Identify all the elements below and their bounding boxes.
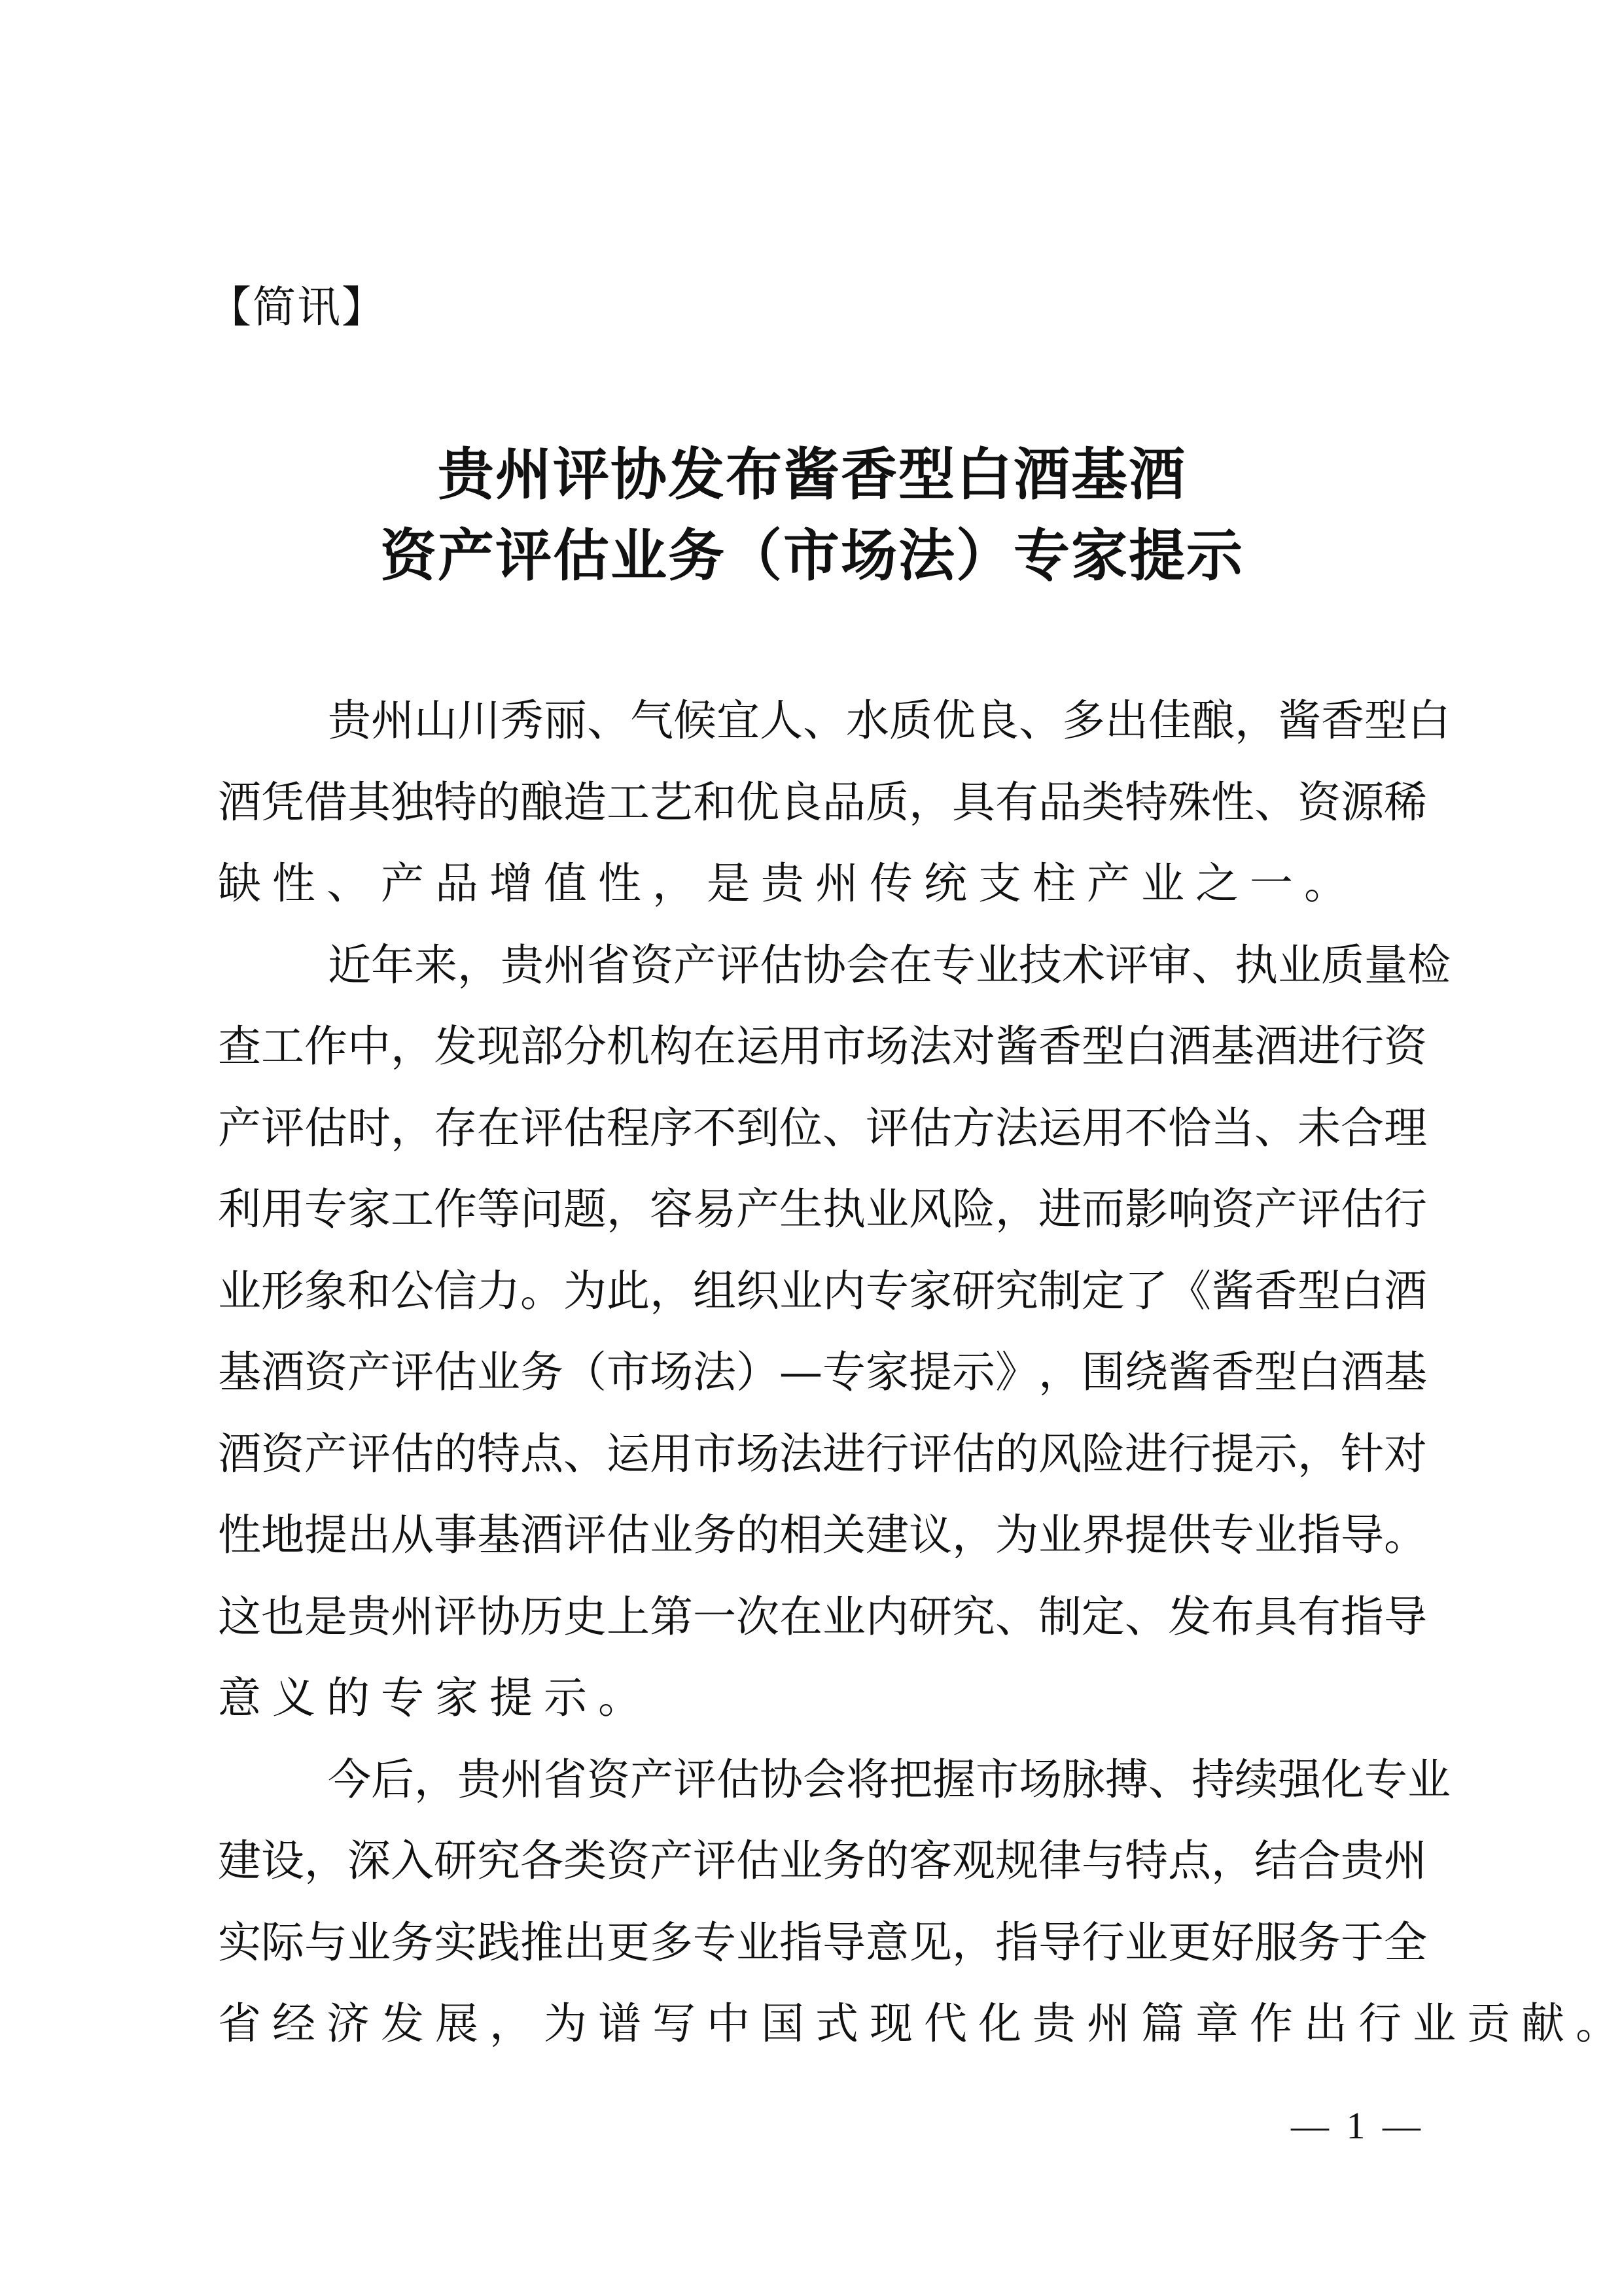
text-line: 缺性、产品增值性，是贵州传统支柱产业之一。 <box>218 843 1427 925</box>
text-line: 今后，贵州省资产评估协会将把握市场脉搏、持续强化专业 <box>218 1739 1427 1821</box>
text-line: 近年来，贵州省资产评估协会在专业技术评审、执业质量检 <box>218 925 1427 1007</box>
text-line: 这也是贵州评协历史上第一次在业内研究、制定、发布具有指导 <box>218 1576 1427 1658</box>
text-line: 利用专家工作等问题，容易产生执业风险，进而影响资产评估行 <box>218 1169 1427 1251</box>
text-line: 酒资产评估的特点、运用市场法进行评估的风险进行提示，针对 <box>218 1414 1427 1495</box>
text-line: 意义的专家提示。 <box>218 1658 1427 1739</box>
text-line: 性地提出从事基酒评估业务的相关建议，为业界提供专业指导。 <box>218 1495 1427 1576</box>
body-text: 贵州山川秀丽、气候宜人、水质优良、多出佳酿，酱香型白 酒凭借其独特的酿造工艺和优… <box>218 680 1427 2065</box>
text-line: 建设，深入研究各类资产评估业务的客观规律与特点，结合贵州 <box>218 1820 1427 1902</box>
text-line: 酒凭借其独特的酿造工艺和优良品质，具有品类特殊性、资源稀 <box>218 762 1427 844</box>
text-line: 贵州山川秀丽、气候宜人、水质优良、多出佳酿，酱香型白 <box>218 680 1427 762</box>
text-line: 省经济发展，为谱写中国式现代化贵州篇章作出行业贡献。 <box>218 1983 1427 2065</box>
text-line: 业形象和公信力。为此，组织业内专家研究制定了《酱香型白酒 <box>218 1251 1427 1332</box>
text-line: 产评估时，存在评估程序不到位、评估方法运用不恰当、未合理 <box>218 1088 1427 1170</box>
document-page: 【简讯】 贵州评协发布酱香型白酒基酒 资产评估业务（市场法）专家提示 贵州山川秀… <box>0 0 1624 2296</box>
paragraph-3: 今后，贵州省资产评估协会将把握市场脉搏、持续强化专业 建设，深入研究各类资产评估… <box>218 1739 1427 2065</box>
paragraph-2: 近年来，贵州省资产评估协会在专业技术评审、执业质量检 查工作中，发现部分机构在运… <box>218 925 1427 1739</box>
title-line-1: 贵州评协发布酱香型白酒基酒 <box>0 436 1624 514</box>
section-tag: 【简讯】 <box>208 275 386 340</box>
paragraph-1: 贵州山川秀丽、气候宜人、水质优良、多出佳酿，酱香型白 酒凭借其独特的酿造工艺和优… <box>218 680 1427 925</box>
title-line-2: 资产评估业务（市场法）专家提示 <box>0 517 1624 595</box>
text-line: 查工作中，发现部分机构在运用市场法对酱香型白酒基酒进行资 <box>218 1006 1427 1088</box>
text-line: 基酒资产评估业务（市场法）—专家提示》，围绕酱香型白酒基 <box>218 1332 1427 1414</box>
text-line: 实际与业务实践推出更多专业指导意见，指导行业更好服务于全 <box>218 1902 1427 1984</box>
page-number: — 1 — <box>1282 2100 1433 2152</box>
